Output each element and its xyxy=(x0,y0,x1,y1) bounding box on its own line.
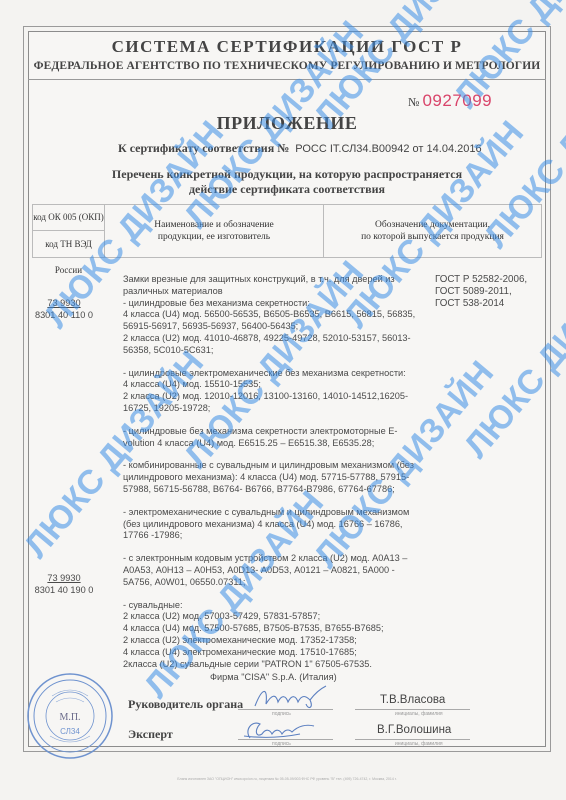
manufacturer: Фирма "CISA" S.p.A. (Италия) xyxy=(210,672,337,684)
product-description: Замки врезные для защитных конструкций, … xyxy=(123,274,423,681)
expert-name: В.Г.Волошина xyxy=(377,724,451,736)
code-okp-header: код ОК 005 (ОКП) xyxy=(33,205,104,231)
row-2-codes: 73 9930 8301 40 190 0 xyxy=(24,573,104,597)
seal-mp-label: М.П. xyxy=(59,712,80,723)
row-2-code-okp: 73 9930 xyxy=(24,573,104,585)
head-of-body-label: Руководитель органа xyxy=(128,697,243,712)
product-name-header: Наименование и обозначениепродукции, ее … xyxy=(105,205,324,257)
list-title: Перечень конкретной продукции, на котору… xyxy=(28,167,546,197)
documentation-item: ГОСТ 5089-2011, xyxy=(435,286,535,298)
list-title-line-1: Перечень конкретной продукции, на котору… xyxy=(28,167,546,182)
seal-stamp: М.П. СЛ34 xyxy=(26,672,114,760)
row-1-codes: 73 9930 8301 40 110 0 xyxy=(24,298,104,322)
documentation-list: ГОСТ Р 52582-2006, ГОСТ 5089-2011, ГОСТ … xyxy=(435,274,535,310)
code-tnved-header: код ТН ВЭД России xyxy=(33,231,104,257)
product-name-header-line-2: продукции, ее изготовитель xyxy=(158,232,270,242)
documentation-item: ГОСТ Р 52582-2006, xyxy=(435,274,535,286)
product-group-electromechanical-combined: - электромеханические с сувальдным и цил… xyxy=(123,507,423,542)
documentation-header: Обозначение документации,по которой выпу… xyxy=(324,205,541,257)
form-number-label: № xyxy=(408,95,419,109)
product-group-lever: - сувальдные: 2 класса (U2) мод. 57003-5… xyxy=(123,600,423,671)
certificate-reference-value: РОСС IT.СЛ34.В00942 от 14.04.2016 xyxy=(295,143,481,155)
expert-name-line xyxy=(355,739,470,740)
product-group-mechanical-cylinder: Замки врезные для защитных конструкций, … xyxy=(123,274,423,357)
product-name-header-line-1: Наименование и обозначение xyxy=(154,220,273,230)
head-name-caption: инициалы, фамилия xyxy=(395,711,443,717)
documentation-item: ГОСТ 538-2014 xyxy=(435,298,535,310)
certificate-reference: К сертификату соответствия №РОСС IT.СЛ34… xyxy=(118,141,482,156)
head-name: Т.В.Власова xyxy=(380,694,445,706)
agency-name: ФЕДЕРАЛЬНОЕ АГЕНТСТВО ПО ТЕХНИЧЕСКОМУ РЕ… xyxy=(28,60,546,72)
row-1-code-tnved: 8301 40 110 0 xyxy=(35,310,93,320)
documentation-header-line-2: по которой выпускается продукция xyxy=(361,232,504,242)
product-group-electronic-code: - с электронным кодовым устройством 2 кл… xyxy=(123,553,423,588)
table-header: код ОК 005 (ОКП) код ТН ВЭД России Наиме… xyxy=(32,204,542,258)
certificate-reference-label: К сертификату соответствия № xyxy=(118,141,289,155)
row-1-code-okp: 73 9930 xyxy=(24,298,104,310)
product-group-evolution: - цилиндровые без механизма секретности … xyxy=(123,426,423,450)
row-2-code-tnved: 8301 40 190 0 xyxy=(35,585,94,595)
product-group-electromechanical-cylinder: - цилиндровые электромеханические без ме… xyxy=(123,368,423,415)
expert-label: Эксперт xyxy=(128,727,173,742)
appendix-title: ПРИЛОЖЕНИЕ xyxy=(28,113,546,134)
form-number-value: 0927099 xyxy=(422,91,492,110)
header-divider xyxy=(28,79,546,80)
expert-name-caption: инициалы, фамилия xyxy=(395,741,443,747)
head-name-line xyxy=(355,709,470,710)
form-printer-footer: Бланк изготовлен ЗАО "ОПЦИОН" www.opcion… xyxy=(28,777,546,781)
product-group-combined: - комбинированные с сувальдным и цилиндр… xyxy=(123,460,423,495)
seal-code: СЛ34 xyxy=(60,727,80,736)
code-column: код ОК 005 (ОКП) код ТН ВЭД России xyxy=(33,205,105,257)
expert-signature xyxy=(240,716,320,744)
list-title-line-2: действие сертификата соответствия xyxy=(28,182,546,197)
documentation-header-line-1: Обозначение документации, xyxy=(375,220,490,230)
system-title: СИСТЕМА СЕРТИФИКАЦИИ ГОСТ Р xyxy=(28,37,546,57)
form-number: №0927099 xyxy=(408,91,492,111)
head-signature xyxy=(250,684,330,712)
